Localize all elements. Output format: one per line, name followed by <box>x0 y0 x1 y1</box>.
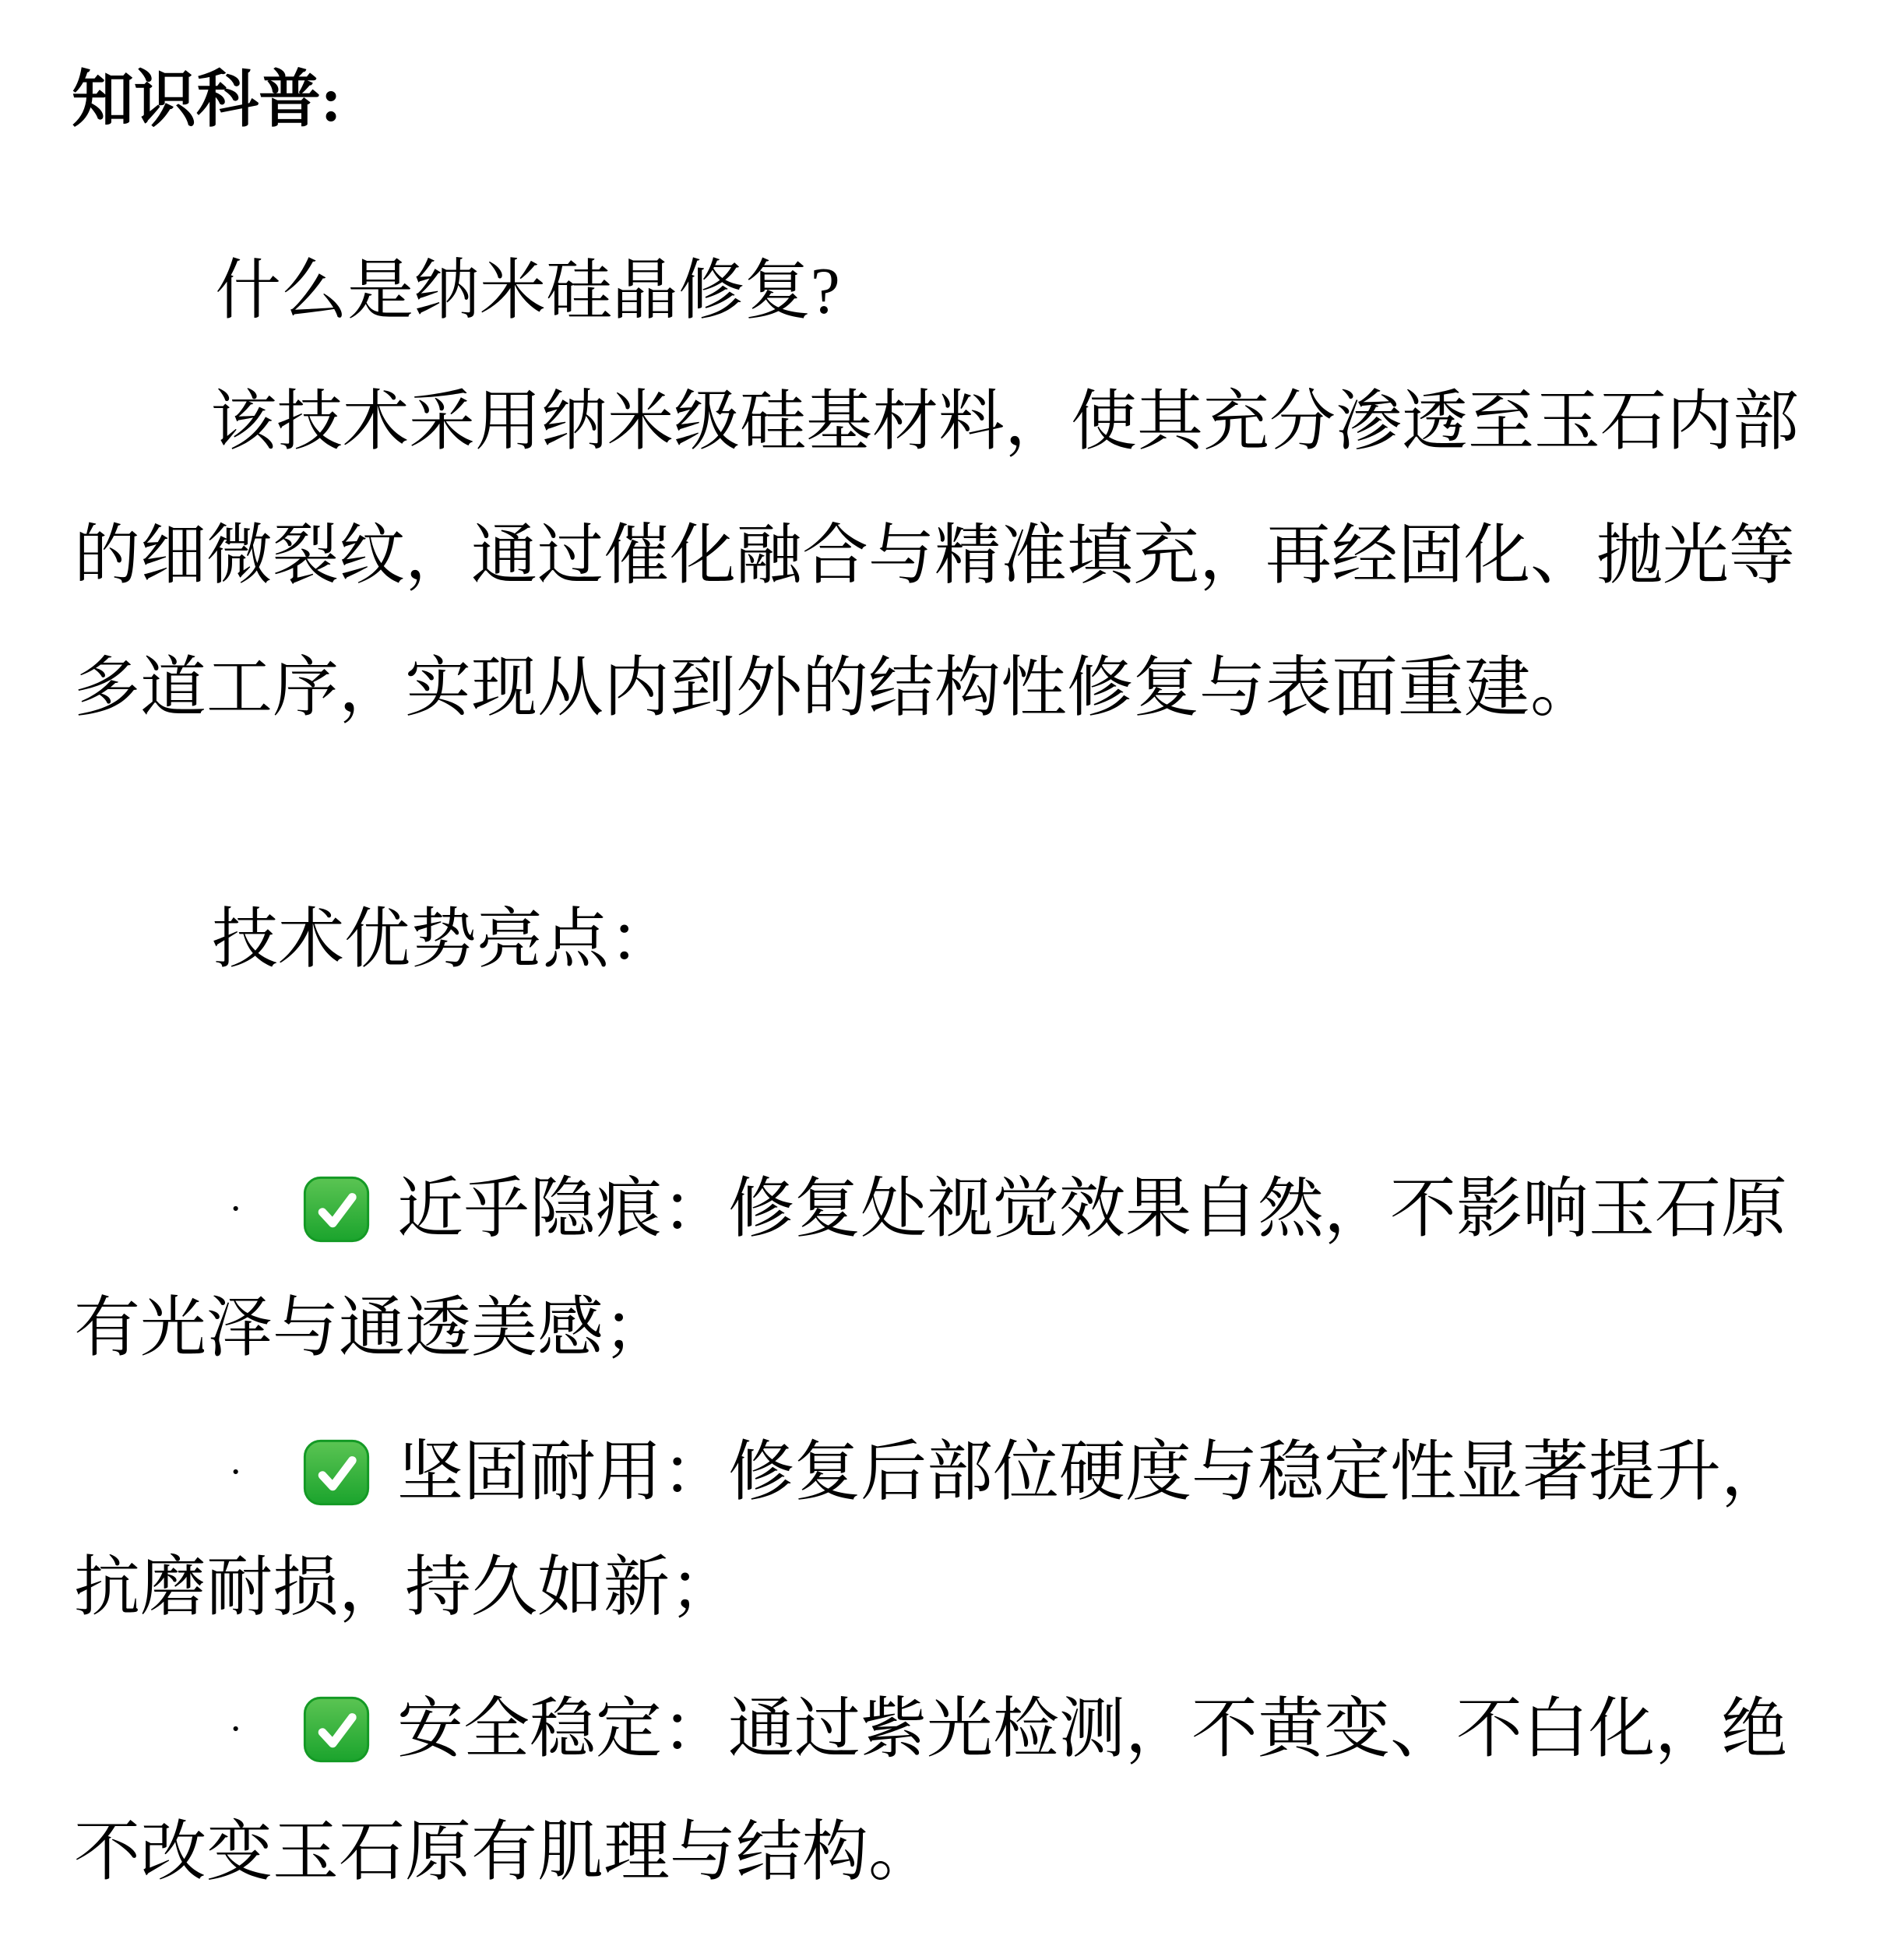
bullet-text: 近乎隐痕：修复处视觉效果自然，不影响玉石原 <box>397 1177 1787 1243</box>
check-mark-icon <box>301 1439 371 1506</box>
check-mark-icon <box>301 1696 371 1763</box>
bullet-text: 安全稳定：通过紫光检测，不黄变、不白化，绝 <box>397 1697 1787 1763</box>
question-heading: 什么是纳米硅晶修复? <box>215 259 840 325</box>
bullet-continuation-1: 有光泽与通透美感； <box>74 1296 670 1362</box>
bullet-item-1: · 近乎隐痕：修复处视觉效果自然，不影响玉石原 <box>229 1176 1787 1243</box>
bullet-text: 坚固耐用：修复后部位硬度与稳定性显著提升， <box>397 1440 1787 1506</box>
document-page: 知识科普: 什么是纳米硅晶修复? 该技术采用纳米级硅基材料，使其充分渗透至玉石内… <box>0 0 1883 1960</box>
bullet-item-3: · 安全稳定：通过紫光检测，不黄变、不白化，绝 <box>229 1696 1787 1763</box>
intro-line-2: 的细微裂纹，通过催化融合与精准填充，再经固化、抛光等 <box>74 523 1795 589</box>
bullet-dot: · <box>229 1189 301 1230</box>
bullet-item-2: · 坚固耐用：修复后部位硬度与稳定性显著提升， <box>229 1439 1787 1506</box>
advantages-heading: 技术优势亮点： <box>212 907 675 973</box>
intro-line-1: 该技术采用纳米级硅基材料，使其充分渗透至玉石内部 <box>210 389 1799 456</box>
bullet-continuation-2: 抗磨耐损，持久如新； <box>74 1555 736 1621</box>
intro-line-3: 多道工序，实现从内到外的结构性修复与表面重建。 <box>74 656 1596 722</box>
check-mark-icon <box>301 1176 371 1243</box>
kicker-heading: 知识科普: <box>72 69 342 132</box>
bullet-dot: · <box>229 1452 301 1493</box>
bullet-dot: · <box>229 1709 301 1750</box>
bullet-continuation-3: 不改变玉石原有肌理与结构。 <box>74 1820 934 1886</box>
